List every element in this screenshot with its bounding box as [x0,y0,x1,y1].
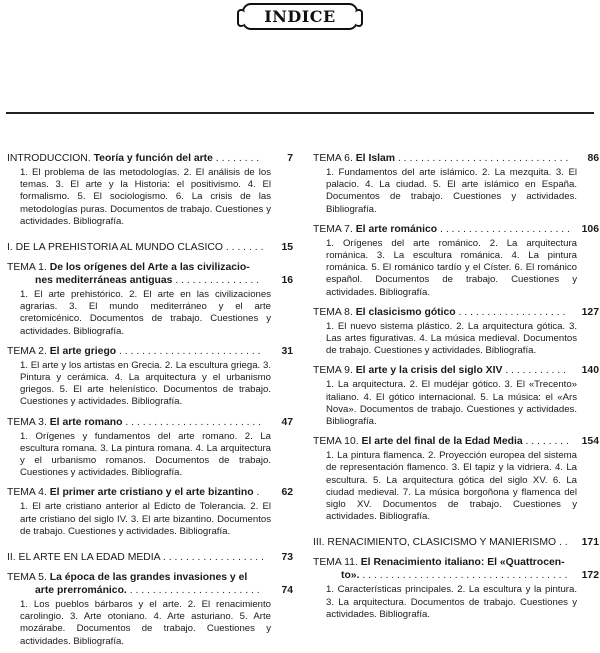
toc-left-column: INTRODUCCION. Teoría y función del arte … [7,152,293,653]
page-number: 154 [569,435,599,448]
toc-heading: TEMA 11. El Renacimiento italiano: El «Q… [313,556,599,569]
entry-title: El arte y la crisis del siglo XIV [356,365,503,376]
toc-heading: TEMA 9. El arte y la crisis del siglo XI… [313,364,599,377]
toc-heading: TEMA 1. De los orígenes del Arte a las c… [7,261,293,274]
entry-title: Teoría y función del arte [94,153,213,164]
entry-prefix: TEMA 8. [313,307,353,318]
toc-entry-tema-5: TEMA 5. La época de las grandes invasion… [7,571,293,648]
page-number: 73 [263,551,293,564]
entry-description: 1. El arte y los artistas en Grecia. 2. … [7,360,293,409]
toc-heading: II. EL ARTE EN LA EDAD MEDIA 73 [7,551,293,564]
toc-entry-introduccion: INTRODUCCION. Teoría y función del arte … [7,152,293,228]
entry-title: El arte griego [50,346,116,357]
entry-description: 1. La arquitectura. 2. El mudéjar gótico… [313,379,599,428]
page-number: 62 [263,486,293,499]
entry-prefix: TEMA 5. [7,572,47,583]
toc-heading: III. RENACIMIENTO, CLASICISMO Y MANIERIS… [313,536,599,549]
entry-description: 1. Fundamentos del arte islámico. 2. La … [313,167,599,216]
page-number: 106 [569,223,599,236]
toc-heading: TEMA 2. El arte griego 31 [7,345,293,358]
part-title: I. DE LA PREHISTORIA AL MUNDO CLASICO [7,241,263,254]
entry-title-line1: De los orígenes del Arte a las civilizac… [50,262,250,273]
entry-title-line2: arte prerrománico. [35,584,263,597]
entry-title: El arte romano [50,417,123,428]
toc-heading: TEMA 10. El arte del final de la Edad Me… [313,435,599,448]
toc-heading: TEMA 7. El arte románico 106 [313,223,599,236]
entry-title: El arte del final de la Edad Media [362,436,523,447]
toc-heading: TEMA 4. El primer arte cristiano y el ar… [7,486,293,499]
toc-entry-tema-10: TEMA 10. El arte del final de la Edad Me… [313,435,599,523]
entry-prefix: TEMA 3. [7,417,47,428]
toc-heading-line2: to». 172 [313,569,599,582]
entry-title-line1: La época de las grandes invasiones y el [50,572,248,583]
toc-heading: TEMA 6. El Islam 86 [313,152,599,165]
entry-title: El clasicismo gótico [356,307,456,318]
index-title-badge: INDICE [242,3,358,30]
page-number: 31 [263,345,293,358]
toc-entry-tema-8: TEMA 8. El clasicismo gótico 127 1. El n… [313,306,599,358]
page-number: 172 [569,569,599,582]
page-number: 127 [569,306,599,319]
entry-prefix: TEMA 6. [313,153,353,164]
entry-title-line2: to». [341,569,569,582]
entry-prefix: TEMA 2. [7,346,47,357]
entry-description: 1. Orígenes y fundamentos del arte roman… [7,431,293,480]
toc-heading: TEMA 8. El clasicismo gótico 127 [313,306,599,319]
toc-heading: TEMA 3. El arte romano 47 [7,416,293,429]
entry-title-line2: nes mediterráneas antiguas [35,274,263,287]
page-number: 171 [569,536,599,549]
entry-prefix: TEMA 10. [313,436,359,447]
entry-description: 1. Características principales. 2. La es… [313,584,599,621]
page-number: 15 [263,241,293,254]
toc-heading-line2: arte prerrománico. 74 [7,584,293,597]
toc-entry-tema-7: TEMA 7. El arte románico 106 1. Orígenes… [313,223,599,299]
toc-heading-line2: nes mediterráneas antiguas 16 [7,274,293,287]
toc-part-2: II. EL ARTE EN LA EDAD MEDIA 73 [7,551,293,564]
entry-description: 1. El arte cristiano anterior al Edicto … [7,501,293,538]
page-number: 47 [263,416,293,429]
toc-heading: TEMA 5. La época de las grandes invasion… [7,571,293,584]
entry-title: El arte románico [356,224,437,235]
toc-entry-tema-11: TEMA 11. El Renacimiento italiano: El «Q… [313,556,599,621]
page-number: 74 [263,584,293,597]
toc-entry-tema-4: TEMA 4. El primer arte cristiano y el ar… [7,486,293,538]
entry-title: El primer arte cristiano y el arte bizan… [50,487,254,498]
entry-description: 1. El arte prehistórico. 2. El arte en l… [7,289,293,338]
entry-description: 1. Orígenes del arte románico. 2. La arq… [313,238,599,299]
entry-title: El Islam [356,153,395,164]
toc-entry-tema-3: TEMA 3. El arte romano 47 1. Orígenes y … [7,416,293,480]
entry-description: 1. Los pueblos bárbaros y el arte. 2. El… [7,599,293,648]
toc-entry-tema-9: TEMA 9. El arte y la crisis del siglo XI… [313,364,599,428]
toc-entry-tema-6: TEMA 6. El Islam 86 1. Fundamentos del a… [313,152,599,216]
page-number: 140 [569,364,599,377]
page-number: 86 [569,152,599,165]
page-number: 16 [263,274,293,287]
toc-entry-tema-1: TEMA 1. De los orígenes del Arte a las c… [7,261,293,338]
entry-prefix: TEMA 9. [313,365,353,376]
entry-description: 1. La pintura flamenca. 2. Proyección eu… [313,450,599,523]
entry-prefix: TEMA 4. [7,487,47,498]
entry-prefix: TEMA 7. [313,224,353,235]
entry-prefix: INTRODUCCION. [7,153,91,164]
part-title: II. EL ARTE EN LA EDAD MEDIA [7,551,263,564]
toc-part-1: I. DE LA PREHISTORIA AL MUNDO CLASICO 15 [7,241,293,254]
toc-part-3: III. RENACIMIENTO, CLASICISMO Y MANIERIS… [313,536,599,549]
entry-prefix: TEMA 11. [313,557,358,568]
entry-prefix: TEMA 1. [7,262,47,273]
toc-heading: INTRODUCCION. Teoría y función del arte … [7,152,293,165]
toc-entry-tema-2: TEMA 2. El arte griego 31 1. El arte y l… [7,345,293,409]
part-title: III. RENACIMIENTO, CLASICISMO Y MANIERIS… [313,536,569,549]
toc-right-column: TEMA 6. El Islam 86 1. Fundamentos del a… [313,152,599,628]
horizontal-rule [6,112,594,114]
page-title: INDICE [264,7,335,26]
entry-description: 1. El nuevo sistema plástico. 2. La arqu… [313,321,599,358]
entry-description: 1. El problema de las metodologías. 2. E… [7,167,293,228]
page-number: 7 [263,152,293,165]
toc-heading: I. DE LA PREHISTORIA AL MUNDO CLASICO 15 [7,241,293,254]
entry-title-line1: El Renacimiento italiano: El «Quattrocen… [361,557,565,568]
